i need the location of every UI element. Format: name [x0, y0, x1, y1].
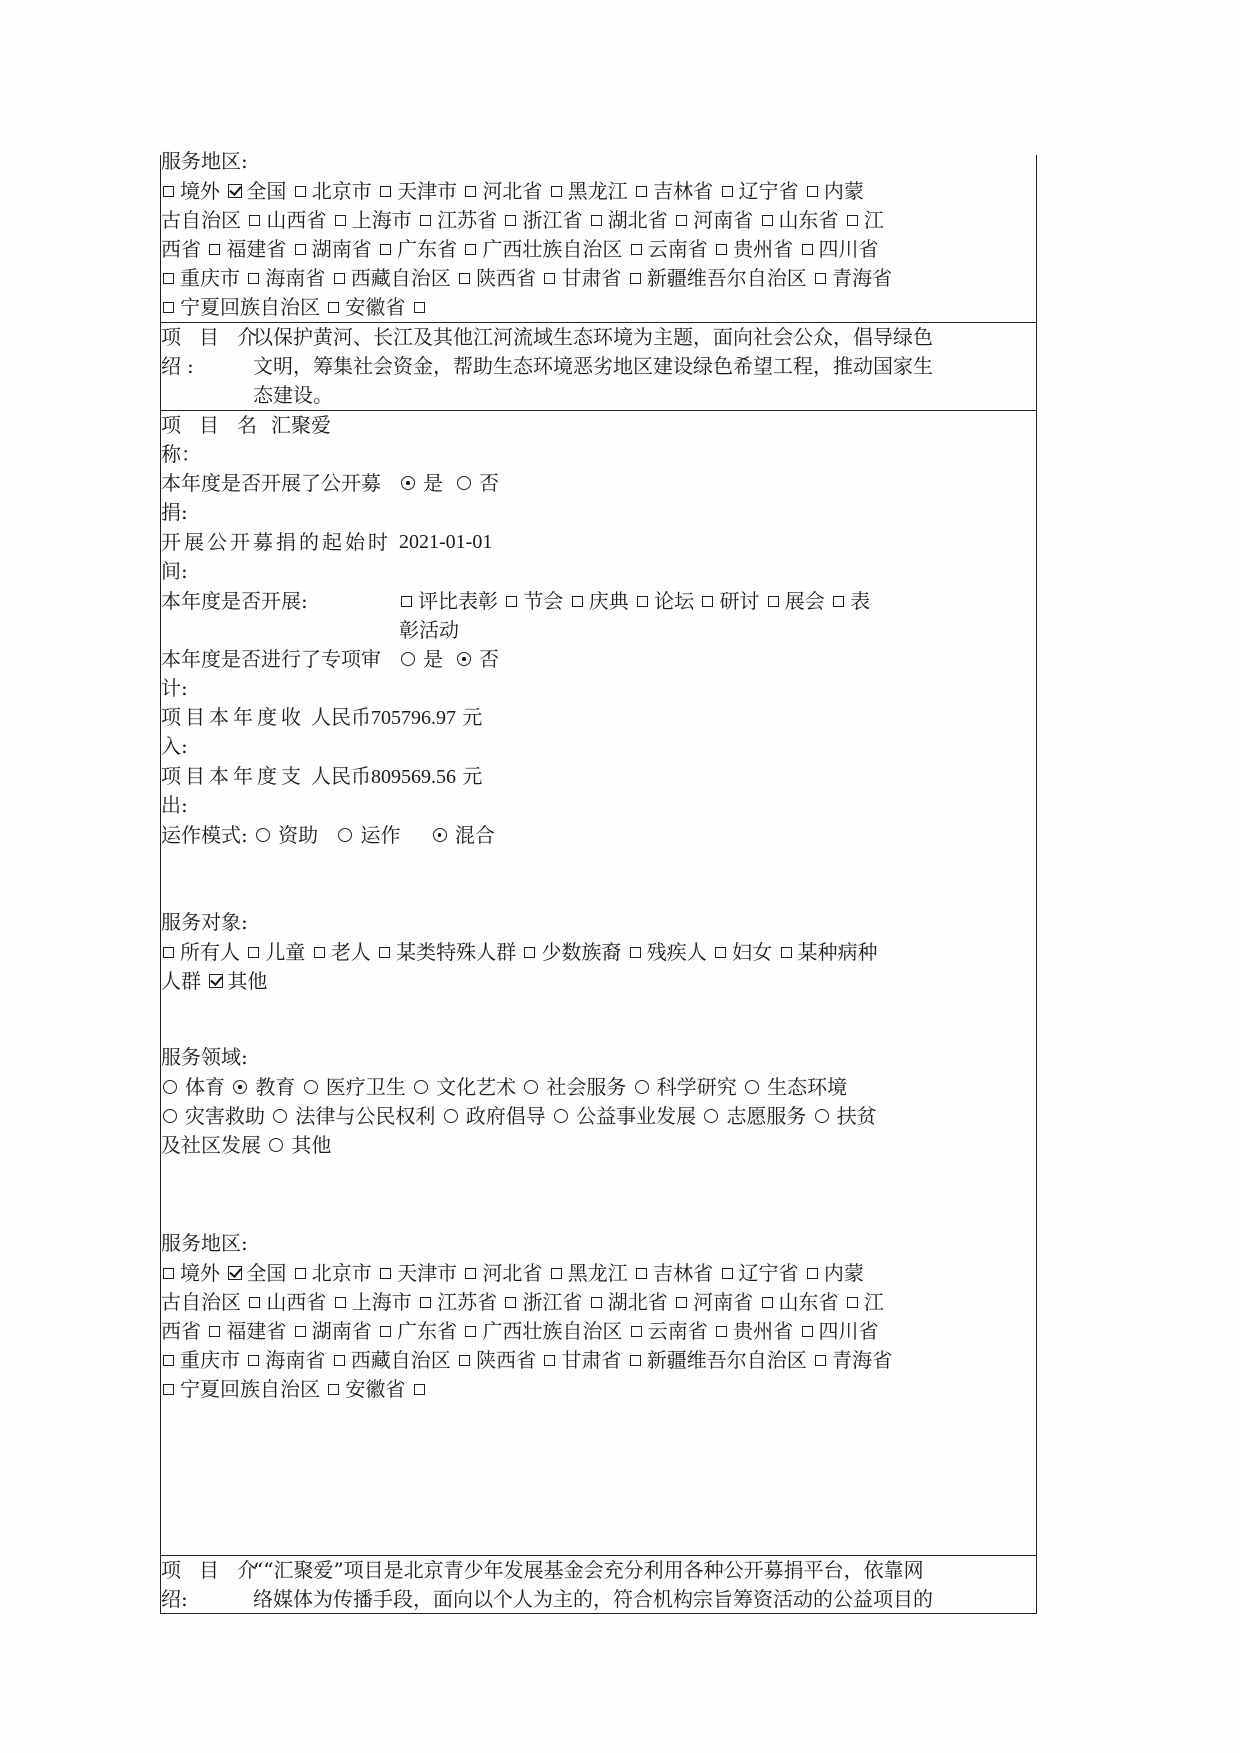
checkbox-option[interactable]: 陕西省 — [457, 266, 542, 290]
checkbox-option[interactable]: 福建省 — [207, 237, 292, 261]
project-intro-row-1: 项目介 绍: 以保护黄河、长江及其他江河流域生态环境为主题，面向社会公众，倡导绿… — [161, 322, 1036, 410]
checkbox-option[interactable]: 古自治区 — [161, 208, 247, 232]
checkbox-option[interactable]: 北京市 — [293, 179, 378, 203]
radio-icon[interactable] — [444, 1109, 458, 1123]
checkbox-option[interactable]: 节会 — [504, 589, 569, 613]
radio-icon[interactable] — [635, 1080, 649, 1094]
service-area-options-1: 境外 全国 北京市 天津市 河北省 黑龙江 吉林省 辽宁省 内蒙 古自治区 山西… — [161, 177, 1026, 322]
checkbox-icon[interactable] — [249, 215, 260, 226]
intro-label: 项目介 绍: — [161, 323, 251, 381]
checkbox-option[interactable]: 山西省 — [247, 208, 332, 232]
checkbox-option[interactable]: 云南省 — [629, 237, 714, 261]
checkbox-option[interactable]: 境外 — [161, 179, 226, 203]
radio-option[interactable]: 文化艺术 — [412, 1075, 522, 1099]
checkbox-option[interactable]: 吉林省 — [634, 179, 719, 203]
checkbox-icon[interactable] — [248, 273, 259, 284]
checkbox-icon[interactable] — [802, 1326, 813, 1337]
checkbox-icon[interactable] — [802, 244, 813, 255]
checkbox-option[interactable]: 庆典 — [570, 589, 635, 613]
checkbox-icon[interactable] — [551, 186, 562, 197]
intro-label-2: 项目介 绍: — [161, 1556, 251, 1614]
checkbox-icon[interactable] — [815, 273, 826, 284]
radio-option[interactable]: 教育 — [231, 1075, 301, 1099]
checkbox-icon[interactable] — [328, 302, 339, 313]
checkbox-icon[interactable] — [380, 186, 391, 197]
checkbox-option[interactable]: 湖北省 — [589, 208, 674, 232]
checkbox-option[interactable]: 黑龙江 — [549, 1261, 634, 1285]
checkbox-option[interactable]: 老人 — [312, 940, 377, 964]
checkbox-option[interactable]: 广东省 — [378, 1319, 463, 1343]
checkbox-icon[interactable] — [630, 1355, 641, 1366]
radio-option[interactable]: 政府倡导 — [442, 1104, 552, 1128]
checkbox-option[interactable]: 湖北省 — [589, 1290, 674, 1314]
checkbox-icon[interactable] — [815, 1355, 826, 1366]
project-name-label: 项目名 称： — [161, 411, 275, 469]
checkbox-option[interactable]: 重庆市 — [161, 1348, 246, 1372]
project-name-value: 汇聚爱 — [271, 411, 331, 440]
radio-icon[interactable] — [163, 1109, 177, 1123]
checkbox-option[interactable]: 四川省 — [800, 1319, 879, 1343]
checkbox-option[interactable]: 全国 — [226, 1261, 292, 1285]
checkbox-option[interactable]: 河北省 — [463, 1261, 548, 1285]
checkbox-icon[interactable] — [314, 947, 325, 958]
checkbox-option[interactable]: 河北省 — [463, 179, 548, 203]
radio-option[interactable]: 灾害救助 — [161, 1104, 271, 1128]
service-field-title: 服务领域: — [161, 1043, 248, 1072]
checkbox-option[interactable]: 辽宁省 — [720, 1261, 805, 1285]
checkbox-icon[interactable] — [335, 1297, 346, 1308]
checkbox-option[interactable]: 宁夏回族自治区 — [161, 1377, 326, 1401]
radio-icon[interactable] — [273, 1109, 287, 1123]
checkbox-icon[interactable] — [459, 273, 470, 284]
radio-option[interactable]: 社会服务 — [522, 1075, 632, 1099]
checkbox-option[interactable]: 安徽省 — [326, 295, 411, 319]
checkbox-option[interactable]: 辽宁省 — [720, 179, 805, 203]
radio-option[interactable]: 法律与公民权利 — [271, 1104, 441, 1128]
special-audit-options: 是否 — [399, 645, 499, 674]
checkbox-option[interactable]: 上海市 — [333, 208, 418, 232]
checkbox-icon[interactable] — [676, 1297, 687, 1308]
checkbox-option[interactable]: 浙江省 — [503, 1290, 588, 1314]
checkbox-option[interactable]: 山西省 — [247, 1290, 332, 1314]
radio-icon[interactable] — [554, 1109, 568, 1123]
checkbox-icon[interactable] — [295, 1268, 306, 1279]
checkbox-icon[interactable] — [401, 596, 412, 607]
checkbox-option[interactable]: 青海省 — [813, 266, 892, 290]
radio-icon[interactable] — [269, 1138, 283, 1152]
checkbox-icon[interactable] — [420, 215, 431, 226]
checkbox-option[interactable]: 表 — [831, 589, 870, 613]
radio-icon[interactable] — [704, 1109, 718, 1123]
checkbox-icon[interactable] — [636, 186, 647, 197]
checkbox-icon[interactable] — [420, 1297, 431, 1308]
checkbox-icon[interactable] — [847, 215, 858, 226]
checkbox-icon[interactable] — [505, 215, 516, 226]
checkbox-icon[interactable] — [722, 1268, 733, 1279]
radio-option[interactable]: 扶贫 — [813, 1104, 877, 1128]
checkbox-icon[interactable] — [505, 1297, 516, 1308]
checkbox-icon[interactable] — [636, 1268, 647, 1279]
checkbox-option[interactable]: 上海市 — [333, 1290, 418, 1314]
checkbox-icon[interactable] — [768, 596, 779, 607]
radio-icon[interactable] — [745, 1080, 759, 1094]
checkbox-icon[interactable] — [591, 1297, 602, 1308]
checkbox-icon[interactable] — [847, 1297, 858, 1308]
radio-option[interactable]: 医疗卫生 — [302, 1075, 412, 1099]
checkbox-icon[interactable] — [163, 1384, 174, 1395]
checkbox-option[interactable]: 海南省 — [246, 266, 331, 290]
activities-options: 评比表彰 节会 庆典 论坛 研讨 展会 表 彰活动 — [399, 587, 870, 645]
checkbox-option[interactable]: 黑龙江 — [549, 179, 634, 203]
checkbox-option[interactable]: 四川省 — [800, 237, 879, 261]
checkbox-icon[interactable] — [379, 947, 390, 958]
radio-yes-selected[interactable] — [401, 476, 415, 490]
radio-icon[interactable] — [163, 1080, 177, 1094]
checkbox-option[interactable]: 古自治区 — [161, 1290, 247, 1314]
checkbox-option[interactable]: 残疾人 — [628, 940, 713, 964]
checkbox-icon[interactable] — [551, 1268, 562, 1279]
document-page: 服务地区: 境外 全国 北京市 天津市 河北省 黑龙江 吉林省 辽宁省 内蒙 古… — [0, 0, 1240, 1753]
checkbox-checked-icon[interactable] — [228, 184, 242, 198]
checkbox-option[interactable]: 安徽省 — [326, 1377, 411, 1401]
public-fundraising-options: 是否 — [399, 469, 499, 498]
checkbox-icon[interactable] — [506, 596, 517, 607]
checkbox-option[interactable]: 境外 — [161, 1261, 226, 1285]
checkbox-icon[interactable] — [572, 596, 583, 607]
checkbox-option[interactable]: 广东省 — [378, 237, 463, 261]
checkbox-icon[interactable] — [414, 1384, 425, 1395]
checkbox-icon[interactable] — [544, 273, 555, 284]
checkbox-option[interactable]: 西藏自治区 — [332, 1348, 457, 1372]
intro-text-2: ““汇聚爱”项目是北京青少年发展基金会充分利用各种公开募捐平台，依靠网 络媒体为… — [253, 1556, 933, 1614]
operation-mode: 运作模式: 资助 运作 混合 — [161, 821, 495, 850]
checkbox-option[interactable]: 浙江省 — [503, 208, 588, 232]
checkbox-icon[interactable] — [249, 1297, 260, 1308]
start-date-value: 2021-01-01 — [399, 528, 492, 557]
radio-mixed-selected[interactable] — [433, 828, 447, 842]
special-audit-label: 本年度是否进行了专项审 计: — [161, 645, 381, 703]
checkbox-option[interactable]: 新疆维吾尔自治区 — [628, 266, 813, 290]
checkbox-icon[interactable] — [248, 947, 259, 958]
checkbox-icon[interactable] — [465, 1268, 476, 1279]
checkbox-icon[interactable] — [781, 947, 792, 958]
checkbox-icon[interactable] — [833, 596, 844, 607]
start-date-label: 开展公开募捐的起始时 间: — [161, 528, 391, 586]
checkbox-option[interactable]: 天津市 — [378, 179, 463, 203]
checkbox-option[interactable]: 论坛 — [635, 589, 700, 613]
checkbox-icon[interactable] — [209, 244, 220, 255]
checkbox-option[interactable]: 宁夏回族自治区 — [161, 295, 326, 319]
checkbox-icon[interactable] — [465, 1326, 476, 1337]
checkbox-option[interactable]: 北京市 — [293, 1261, 378, 1285]
checkbox-icon[interactable] — [676, 215, 687, 226]
checkbox-option[interactable]: 少数族裔 — [522, 940, 627, 964]
public-fundraising-label: 本年度是否开展了公开募 捐: — [161, 469, 381, 527]
checkbox-option[interactable]: 甘肃省 — [542, 1348, 627, 1372]
checkbox-icon[interactable] — [631, 1326, 642, 1337]
service-area-row-1: 服务地区: 境外 全国 北京市 天津市 河北省 黑龙江 吉林省 辽宁省 内蒙 古… — [161, 155, 1036, 322]
checkbox-option[interactable]: 西省 — [161, 237, 207, 261]
radio-option[interactable]: 体育 — [161, 1075, 231, 1099]
checkbox-option[interactable] — [412, 295, 431, 319]
checkbox-icon[interactable] — [465, 244, 476, 255]
checkbox-option[interactable]: 广西壮族自治区 — [463, 237, 628, 261]
checkbox-option[interactable]: 评比表彰 — [399, 589, 504, 613]
checkbox-option[interactable]: 江 — [845, 1290, 884, 1314]
checkbox-option[interactable]: 吉林省 — [634, 1261, 719, 1285]
checkbox-icon[interactable] — [209, 1326, 220, 1337]
radio-option[interactable]: 科学研究 — [633, 1075, 743, 1099]
checkbox-icon[interactable] — [335, 215, 346, 226]
checkbox-icon[interactable] — [163, 273, 174, 284]
checkbox-icon[interactable] — [524, 947, 535, 958]
checkbox-option[interactable]: 山东省 — [760, 1290, 845, 1314]
checkbox-option[interactable]: 所有人 — [161, 940, 246, 964]
radio-option[interactable]: 生态环境 — [743, 1075, 847, 1099]
checkbox-option[interactable]: 云南省 — [629, 1319, 714, 1343]
checkbox-icon[interactable] — [459, 1355, 470, 1366]
intro-text: 以保护黄河、长江及其他江河流域生态环境为主题，面向社会公众，倡导绿色 文明，筹集… — [253, 323, 933, 410]
radio-icon[interactable] — [304, 1080, 318, 1094]
checkbox-option[interactable]: 西藏自治区 — [332, 266, 457, 290]
checkbox-icon[interactable] — [631, 244, 642, 255]
checkbox-option[interactable]: 江苏省 — [418, 1290, 503, 1314]
checkbox-icon[interactable] — [807, 1268, 818, 1279]
checkbox-icon[interactable] — [295, 186, 306, 197]
checkbox-icon[interactable] — [716, 1326, 727, 1337]
income-label: 项目本年度收 入: — [161, 703, 305, 761]
checkbox-checked-icon[interactable] — [228, 1266, 242, 1280]
checkbox-icon[interactable] — [163, 1268, 174, 1279]
checkbox-option[interactable]: 河南省 — [674, 208, 759, 232]
service-area-title-2: 服务地区: — [161, 1229, 248, 1258]
checkbox-option[interactable]: 某种病种 — [779, 940, 878, 964]
service-target-options: 所有人 儿童 老人 某类特殊人群 少数族裔 残疾人 妇女 某种病种 人群 其他 — [161, 938, 1026, 996]
checkbox-option[interactable]: 全国 — [226, 179, 292, 203]
checkbox-icon[interactable] — [334, 273, 345, 284]
radio-operation[interactable] — [338, 828, 352, 842]
checkbox-option[interactable]: 其他 — [207, 969, 267, 993]
checkbox-icon[interactable] — [334, 1355, 345, 1366]
checkbox-option[interactable]: 新疆维吾尔自治区 — [628, 1348, 813, 1372]
checkbox-option[interactable]: 内蒙 — [805, 1261, 864, 1285]
radio-yes[interactable] — [401, 652, 415, 666]
checkbox-option[interactable]: 某类特殊人群 — [377, 940, 522, 964]
checkbox-option[interactable]: 贵州省 — [714, 237, 799, 261]
radio-option[interactable]: 其他 — [267, 1133, 331, 1157]
checkbox-icon[interactable] — [544, 1355, 555, 1366]
radio-option[interactable]: 公益事业发展 — [552, 1104, 702, 1128]
checkbox-option[interactable]: 甘肃省 — [542, 266, 627, 290]
checkbox-icon[interactable] — [465, 186, 476, 197]
checkbox-icon[interactable] — [380, 1326, 391, 1337]
radio-no[interactable] — [457, 476, 471, 490]
checkbox-icon[interactable] — [762, 1297, 773, 1308]
checkbox-icon[interactable] — [248, 1355, 259, 1366]
expense-value: 人民币809569.56 元 — [311, 762, 482, 792]
radio-icon[interactable] — [815, 1109, 829, 1123]
checkbox-option[interactable]: 内蒙 — [805, 179, 864, 203]
checkbox-checked-icon[interactable] — [209, 974, 223, 988]
service-area-title: 服务地区: — [161, 147, 1026, 176]
checkbox-icon[interactable] — [630, 273, 641, 284]
activities-label: 本年度是否开展: — [161, 587, 308, 616]
checkbox-icon[interactable] — [807, 186, 818, 197]
checkbox-icon[interactable] — [380, 244, 391, 255]
service-field-options: 体育 教育 医疗卫生 文化艺术 社会服务 科学研究 生态环境 灾害救助 法律与公… — [161, 1073, 1026, 1160]
radio-option[interactable]: 志愿服务 — [702, 1104, 812, 1128]
checkbox-option[interactable]: 江 — [845, 208, 884, 232]
project-info-table: 服务地区: 境外 全国 北京市 天津市 河北省 黑龙江 吉林省 辽宁省 内蒙 古… — [160, 155, 1037, 1614]
checkbox-option[interactable]: 贵州省 — [714, 1319, 799, 1343]
project-2-details: 项目名 称： 汇聚爱 本年度是否开展了公开募 捐: 是否 开展公开募捐的起始时 … — [161, 410, 1036, 1555]
checkbox-option[interactable]: 山东省 — [760, 208, 845, 232]
checkbox-option[interactable]: 海南省 — [246, 1348, 331, 1372]
project-intro-row-2: 项目介 绍: ““汇聚爱”项目是北京青少年发展基金会充分利用各种公开募捐平台，依… — [161, 1555, 1036, 1614]
checkbox-icon[interactable] — [163, 1355, 174, 1366]
checkbox-option[interactable]: 陕西省 — [457, 1348, 542, 1372]
checkbox-icon[interactable] — [716, 244, 727, 255]
radio-no-selected[interactable] — [457, 652, 471, 666]
checkbox-option[interactable]: 湖南省 — [293, 237, 378, 261]
checkbox-icon[interactable] — [414, 302, 425, 313]
income-value: 人民币705796.97 元 — [311, 703, 482, 733]
service-target-title: 服务对象: — [161, 908, 248, 937]
service-area-options-2: 境外 全国 北京市 天津市 河北省 黑龙江 吉林省 辽宁省 内蒙 古自治区 山西… — [161, 1259, 1026, 1404]
checkbox-option[interactable]: 河南省 — [674, 1290, 759, 1314]
checkbox-icon[interactable] — [163, 186, 174, 197]
radio-funding[interactable] — [256, 828, 270, 842]
checkbox-icon[interactable] — [295, 1326, 306, 1337]
radio-icon[interactable] — [414, 1080, 428, 1094]
expense-label: 项目本年度支 出: — [161, 762, 305, 820]
checkbox-icon[interactable] — [637, 596, 648, 607]
checkbox-icon[interactable] — [722, 186, 733, 197]
radio-selected-icon[interactable] — [233, 1080, 247, 1094]
checkbox-option[interactable]: 天津市 — [378, 1261, 463, 1285]
checkbox-icon[interactable] — [295, 244, 306, 255]
checkbox-icon[interactable] — [630, 947, 641, 958]
checkbox-icon[interactable] — [163, 947, 174, 958]
checkbox-option[interactable] — [412, 1377, 431, 1401]
checkbox-option[interactable]: 重庆市 — [161, 266, 246, 290]
checkbox-option[interactable]: 妇女 — [713, 940, 778, 964]
checkbox-icon[interactable] — [328, 1384, 339, 1395]
checkbox-option[interactable]: 青海省 — [813, 1348, 892, 1372]
radio-icon[interactable] — [524, 1080, 538, 1094]
checkbox-option[interactable]: 研讨 — [700, 589, 765, 613]
checkbox-icon[interactable] — [702, 596, 713, 607]
checkbox-option[interactable]: 西省 — [161, 1319, 207, 1343]
checkbox-icon[interactable] — [380, 1268, 391, 1279]
checkbox-option[interactable]: 展会 — [766, 589, 831, 613]
checkbox-icon[interactable] — [762, 215, 773, 226]
checkbox-option[interactable]: 广西壮族自治区 — [463, 1319, 628, 1343]
checkbox-icon[interactable] — [591, 215, 602, 226]
checkbox-icon[interactable] — [163, 302, 174, 313]
checkbox-option[interactable]: 儿童 — [246, 940, 311, 964]
checkbox-option[interactable]: 福建省 — [207, 1319, 292, 1343]
checkbox-option[interactable]: 江苏省 — [418, 208, 503, 232]
checkbox-icon[interactable] — [715, 947, 726, 958]
checkbox-option[interactable]: 湖南省 — [293, 1319, 378, 1343]
